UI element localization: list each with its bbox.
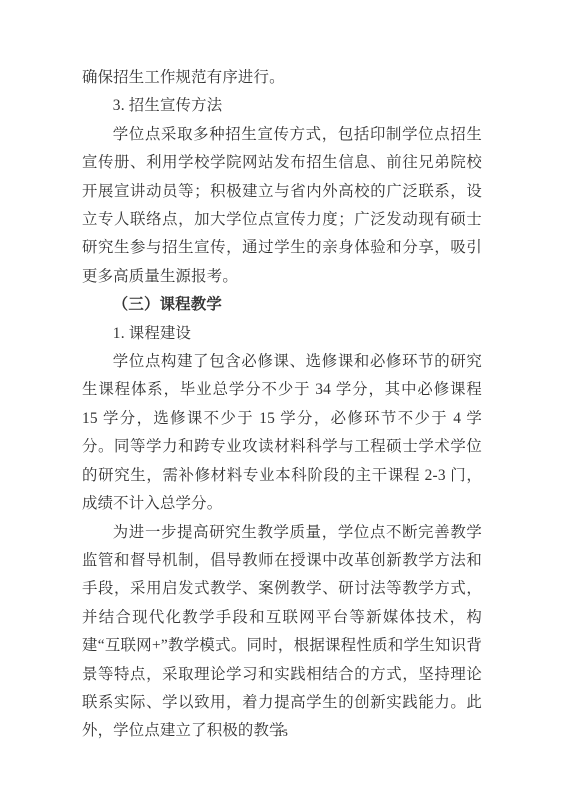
heading-recruitment-promotion-methods: 3. 招生宣传方法 bbox=[82, 92, 482, 120]
paragraph-teaching-quality: 为进一步提高研究生教学质量，学位点不断完善教学监管和督导机制，倡导教师在授课中改… bbox=[82, 519, 482, 746]
heading-course-construction: 1. 课程建设 bbox=[82, 320, 482, 348]
page-number: 15 bbox=[0, 729, 566, 739]
paragraph-curriculum-system: 学位点构建了包含必修课、选修课和必修环节的研究生课程体系，毕业总学分不少于 34… bbox=[82, 348, 482, 518]
heading-course-teaching: （三）课程教学 bbox=[82, 291, 482, 319]
text-block: 确保招生工作规范有序进行。 3. 招生宣传方法 学位点采取多种招生宣传方式，包括… bbox=[82, 64, 482, 746]
paragraph-continuation: 确保招生工作规范有序进行。 bbox=[82, 64, 482, 92]
document-page: 确保招生工作规范有序进行。 3. 招生宣传方法 学位点采取多种招生宣传方式，包括… bbox=[0, 0, 566, 800]
paragraph-recruitment-promotion: 学位点采取多种招生宣传方式，包括印制学位点招生宣传册、利用学校学院网站发布招生信… bbox=[82, 121, 482, 291]
